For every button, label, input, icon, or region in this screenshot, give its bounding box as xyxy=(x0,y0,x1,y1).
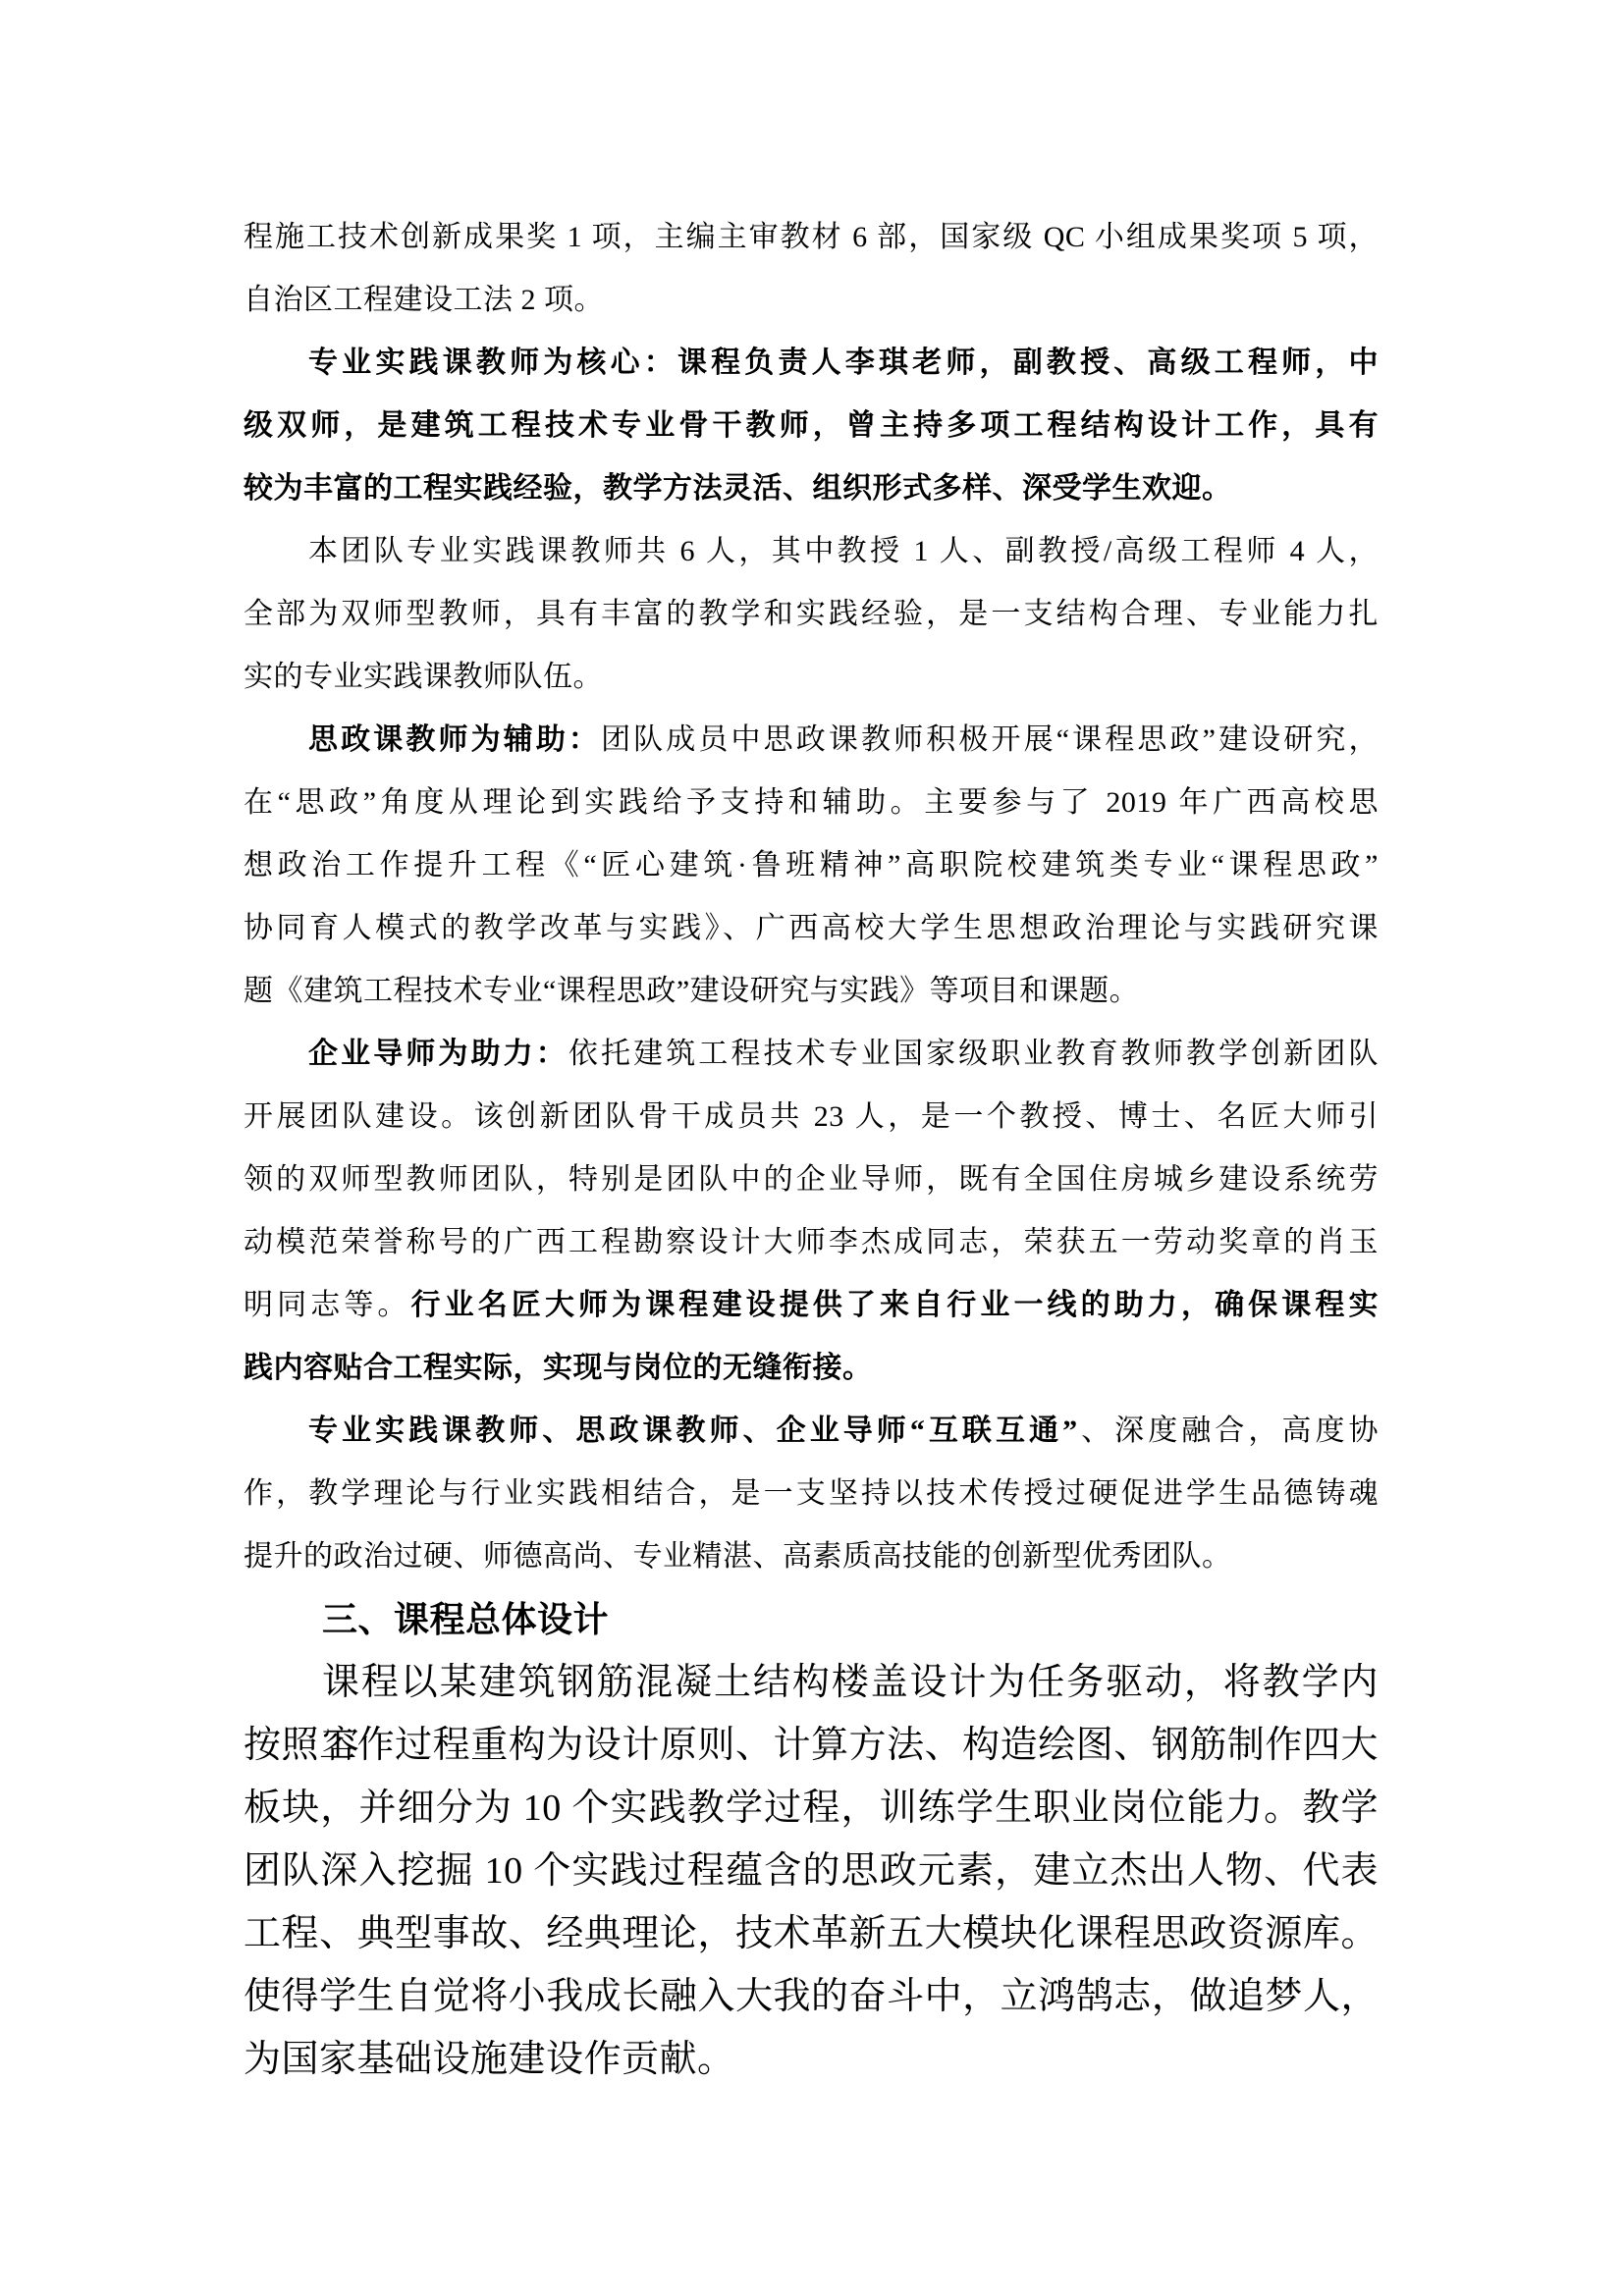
text-run: 依托建筑工程技术专业国家级职业教育教师教学创新团队 xyxy=(568,1038,1379,1070)
bold-text-run: 行业名匠大师为课程建设提供了来自行业一线的助力，确保课程实 xyxy=(411,1289,1379,1321)
text-run: 、深度融合，高度协 xyxy=(1078,1415,1379,1447)
text-line: 较为丰富的工程实践经验，教学方法灵活、组织形式多样、深受学生欢迎。 xyxy=(244,457,1379,520)
text-run: 想政治工作提升工程《“匠心建筑·鲁班精神”高职院校建筑类专业“课程思政” xyxy=(244,849,1379,881)
text-line: 题《建筑工程技术专业“课程思政”建设研究与实践》等项目和课题。 xyxy=(244,960,1379,1023)
text-line: 为国家基础设施建设作贡献。 xyxy=(244,2028,1379,2091)
text-run: 明同志等。 xyxy=(244,1289,411,1321)
text-line: 课程以某建筑钢筋混凝土结构楼盖设计为任务驱动，将教学内容 xyxy=(244,1651,1379,1714)
text-run: 自治区工程建设工法 2 项。 xyxy=(244,284,604,316)
text-line: 实的专业实践课教师队伍。 xyxy=(244,646,1379,709)
text-line: 提升的政治过硬、师德高尚、专业精湛、高素质高技能的创新型优秀团队。 xyxy=(244,1525,1379,1588)
bold-text-run: 专业实践课教师、思政课教师、企业导师“互联互通” xyxy=(308,1415,1078,1447)
text-line: 在“思政”角度从理论到实践给予支持和辅助。主要参与了 2019 年广西高校思 xyxy=(244,772,1379,834)
text-run: 程施工技术创新成果奖 1 项，主编主审教材 6 部，国家级 QC 小组成果奖项 … xyxy=(244,221,1379,253)
bold-text-run: 企业导师为助力： xyxy=(308,1038,568,1070)
bold-text-run: 较为丰富的工程实践经验，教学方法灵活、组织形式多样、深受学生欢迎。 xyxy=(244,472,1232,505)
text-run: 板块，并细分为 10 个实践教学过程，训练学生职业岗位能力。教学 xyxy=(244,1788,1379,1829)
text-run: 本团队专业实践课教师共 6 人，其中教授 1 人、副教授/高级工程师 4 人， xyxy=(308,535,1379,567)
text-line: 板块，并细分为 10 个实践教学过程，训练学生职业岗位能力。教学 xyxy=(244,1777,1379,1840)
text-line: 专业实践课教师为核心：课程负责人李琪老师，副教授、高级工程师，中 xyxy=(244,332,1379,395)
text-run: 在“思政”角度从理论到实践给予支持和辅助。主要参与了 2019 年广西高校思 xyxy=(244,786,1379,819)
text-run: 开展团队建设。该创新团队骨干成员共 23 人，是一个教授、博士、名匠大师引 xyxy=(244,1100,1379,1133)
text-line: 团队深入挖掘 10 个实践过程蕴含的思政元素，建立杰出人物、代表 xyxy=(244,1840,1379,1902)
text-run: 团队深入挖掘 10 个实践过程蕴含的思政元素，建立杰出人物、代表 xyxy=(244,1850,1379,1892)
bold-text-run: 专业实践课教师为核心：课程负责人李琪老师，副教授、高级工程师，中 xyxy=(308,347,1379,379)
text-line: 思政课教师为辅助：团队成员中思政课教师积极开展“课程思政”建设研究， xyxy=(244,709,1379,772)
text-line: 使得学生自觉将小我成长融入大我的奋斗中，立鸿鹄志，做追梦人， xyxy=(244,1965,1379,2028)
text-line: 企业导师为助力：依托建筑工程技术专业国家级职业教育教师教学创新团队 xyxy=(244,1023,1379,1086)
text-run: 提升的政治过硬、师德高尚、专业精湛、高素质高技能的创新型优秀团队。 xyxy=(244,1540,1232,1573)
text-run: 工程、典型事故、经典理论，技术革新五大模块化课程思政资源库。 xyxy=(244,1913,1379,1954)
text-line: 想政治工作提升工程《“匠心建筑·鲁班精神”高职院校建筑类专业“课程思政” xyxy=(244,834,1379,897)
bold-text-run: 思政课教师为辅助： xyxy=(308,723,601,756)
document-page: 程施工技术创新成果奖 1 项，主编主审教材 6 部，国家级 QC 小组成果奖项 … xyxy=(0,0,1624,2296)
document-content: 程施工技术创新成果奖 1 项，主编主审教材 6 部，国家级 QC 小组成果奖项 … xyxy=(244,206,1379,2091)
bold-text-run: 级双师，是建筑工程技术专业骨干教师，曾主持多项工程结构设计工作，具有 xyxy=(244,409,1379,442)
text-line: 作，教学理论与行业实践相结合，是一支坚持以技术传授过硬促进学生品德铸魂 xyxy=(244,1463,1379,1525)
text-line: 专业实践课教师、思政课教师、企业导师“互联互通”、深度融合，高度协 xyxy=(244,1400,1379,1463)
text-run: 团队成员中思政课教师积极开展“课程思政”建设研究， xyxy=(601,723,1379,756)
bold-text-run: 践内容贴合工程实际，实现与岗位的无缝衔接。 xyxy=(244,1352,873,1384)
text-run: 作，教学理论与行业实践相结合，是一支坚持以技术传授过硬促进学生品德铸魂 xyxy=(244,1477,1379,1510)
text-line: 明同志等。行业名匠大师为课程建设提供了来自行业一线的助力，确保课程实 xyxy=(244,1274,1379,1337)
text-run: 使得学生自觉将小我成长融入大我的奋斗中，立鸿鹄志，做追梦人， xyxy=(244,1976,1379,2017)
text-line: 全部为双师型教师，具有丰富的教学和实践经验，是一支结构合理、专业能力扎 xyxy=(244,583,1379,646)
text-line: 自治区工程建设工法 2 项。 xyxy=(244,269,1379,332)
text-line: 领的双师型教师团队，特别是团队中的企业导师，既有全国住房城乡建设系统劳 xyxy=(244,1148,1379,1211)
text-run: 全部为双师型教师，具有丰富的教学和实践经验，是一支结构合理、专业能力扎 xyxy=(244,598,1379,630)
text-run: 协同育人模式的教学改革与实践》、广西高校大学生思想政治理论与实践研究课 xyxy=(244,912,1379,944)
bold-text-run: 三、课程总体设计 xyxy=(322,1600,609,1639)
text-line: 程施工技术创新成果奖 1 项，主编主审教材 6 部，国家级 QC 小组成果奖项 … xyxy=(244,206,1379,269)
text-line: 协同育人模式的教学改革与实践》、广西高校大学生思想政治理论与实践研究课 xyxy=(244,897,1379,960)
text-run: 按照工作过程重构为设计原则、计算方法、构造绘图、钢筋制作四大 xyxy=(244,1725,1379,1766)
text-run: 动模范荣誉称号的广西工程勘察设计大师李杰成同志，荣获五一劳动奖章的肖玉 xyxy=(244,1226,1379,1258)
text-line: 三、课程总体设计 xyxy=(244,1588,1379,1651)
text-line: 工程、典型事故、经典理论，技术革新五大模块化课程思政资源库。 xyxy=(244,1902,1379,1965)
text-line: 开展团队建设。该创新团队骨干成员共 23 人，是一个教授、博士、名匠大师引 xyxy=(244,1086,1379,1148)
text-line: 级双师，是建筑工程技术专业骨干教师，曾主持多项工程结构设计工作，具有 xyxy=(244,395,1379,457)
text-line: 动模范荣誉称号的广西工程勘察设计大师李杰成同志，荣获五一劳动奖章的肖玉 xyxy=(244,1211,1379,1274)
text-run: 为国家基础设施建设作贡献。 xyxy=(244,2039,735,2080)
text-line: 本团队专业实践课教师共 6 人，其中教授 1 人、副教授/高级工程师 4 人， xyxy=(244,520,1379,583)
text-run: 实的专业实践课教师队伍。 xyxy=(244,661,603,693)
text-run: 领的双师型教师团队，特别是团队中的企业导师，既有全国住房城乡建设系统劳 xyxy=(244,1163,1379,1196)
text-line: 按照工作过程重构为设计原则、计算方法、构造绘图、钢筋制作四大 xyxy=(244,1714,1379,1777)
text-run: 题《建筑工程技术专业“课程思政”建设研究与实践》等项目和课题。 xyxy=(244,975,1139,1007)
text-line: 践内容贴合工程实际，实现与岗位的无缝衔接。 xyxy=(244,1337,1379,1400)
